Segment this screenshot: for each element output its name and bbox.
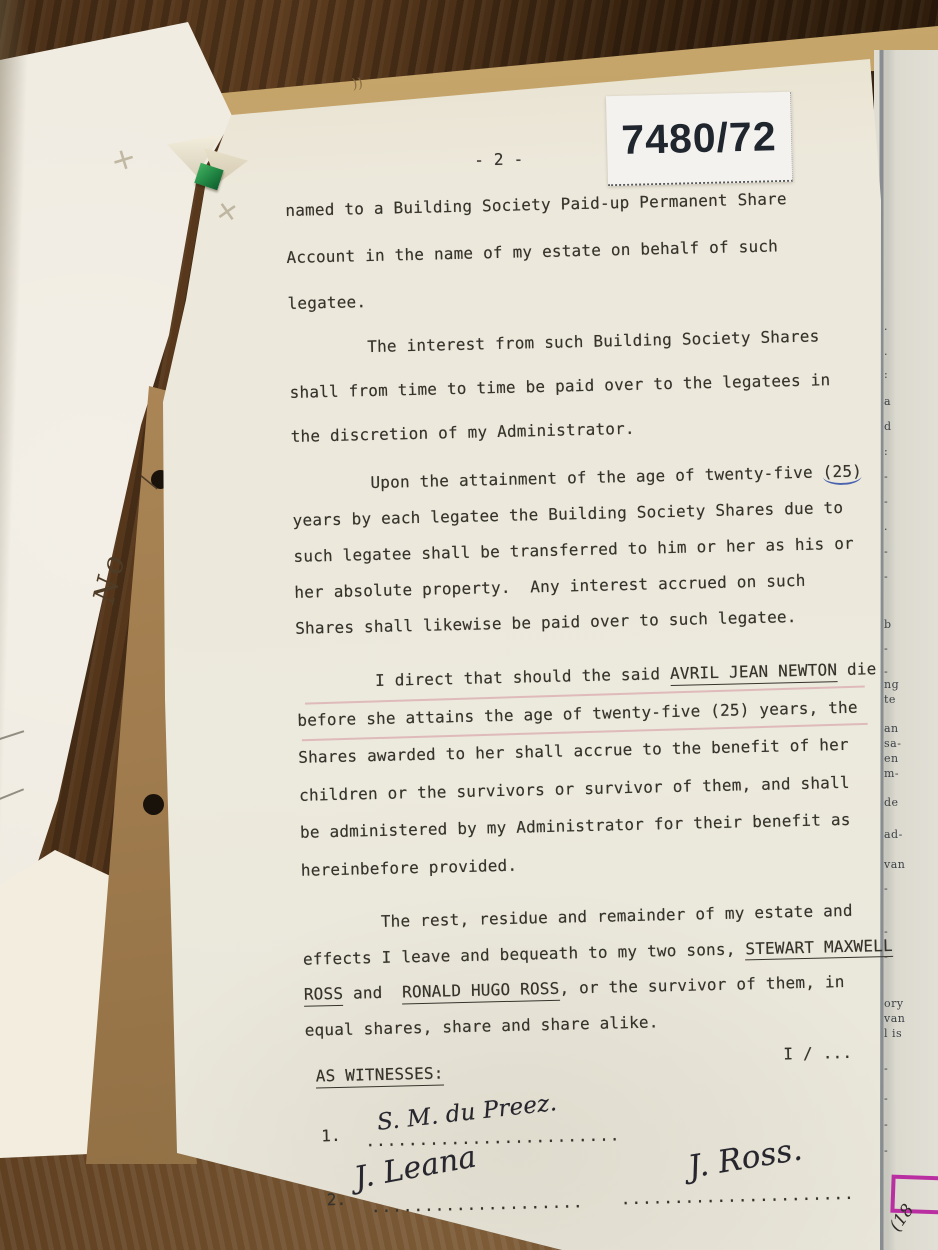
witness-1-index: 1. [321, 1127, 341, 1146]
witness-heading: AS WITNESSES: [316, 1064, 444, 1088]
typed-text: I direct that should the said [296, 664, 670, 692]
continuation-mark: I / ... [783, 1044, 852, 1064]
paragraph-5: The rest, residue and remainder of my es… [302, 901, 897, 1057]
witness-2-index: 2. [326, 1191, 346, 1210]
paragraph-4: I direct that should the said AVRIL JEAN… [296, 660, 893, 899]
typed-text: legatee. [287, 292, 366, 313]
typed-text: The rest, residue and remainder of my es… [302, 901, 853, 933]
paragraph-1: named to a Building Society Paid-up Perm… [285, 188, 880, 341]
typed-text: and [343, 982, 402, 1002]
page-number: - 2 - [474, 150, 524, 170]
underlined-text: AVRIL JEAN NEWTON [670, 660, 838, 685]
underlined-text: RONALD HUGO ROSS [402, 979, 560, 1004]
testator-signature: J. Ross. [686, 1132, 805, 1186]
underlined-text: ROSS [304, 984, 344, 1006]
witness-2-dotted-line: .................... [371, 1193, 584, 1216]
underlined-text: STEWART MAXWELL [745, 935, 893, 960]
testator-dotted-line: ...................... [621, 1185, 855, 1209]
paragraph-2: The interest from such Building Society … [288, 326, 883, 472]
underlined-text: (25) [822, 461, 862, 485]
archival-photo-scene: )) ..:ad:--.--b--ngteansa-enm-dead-van--… [0, 0, 938, 1250]
typed-text: named to a Building Society Paid-up Perm… [285, 189, 787, 220]
typed-text: die [837, 659, 877, 679]
typed-body: - 2 - AS WITNESSES: I / ... 1. .........… [284, 138, 902, 1250]
typed-text: hereinbefore provided. [301, 855, 518, 879]
paragraph-3: Upon the attainment of the age of twenty… [292, 462, 888, 656]
